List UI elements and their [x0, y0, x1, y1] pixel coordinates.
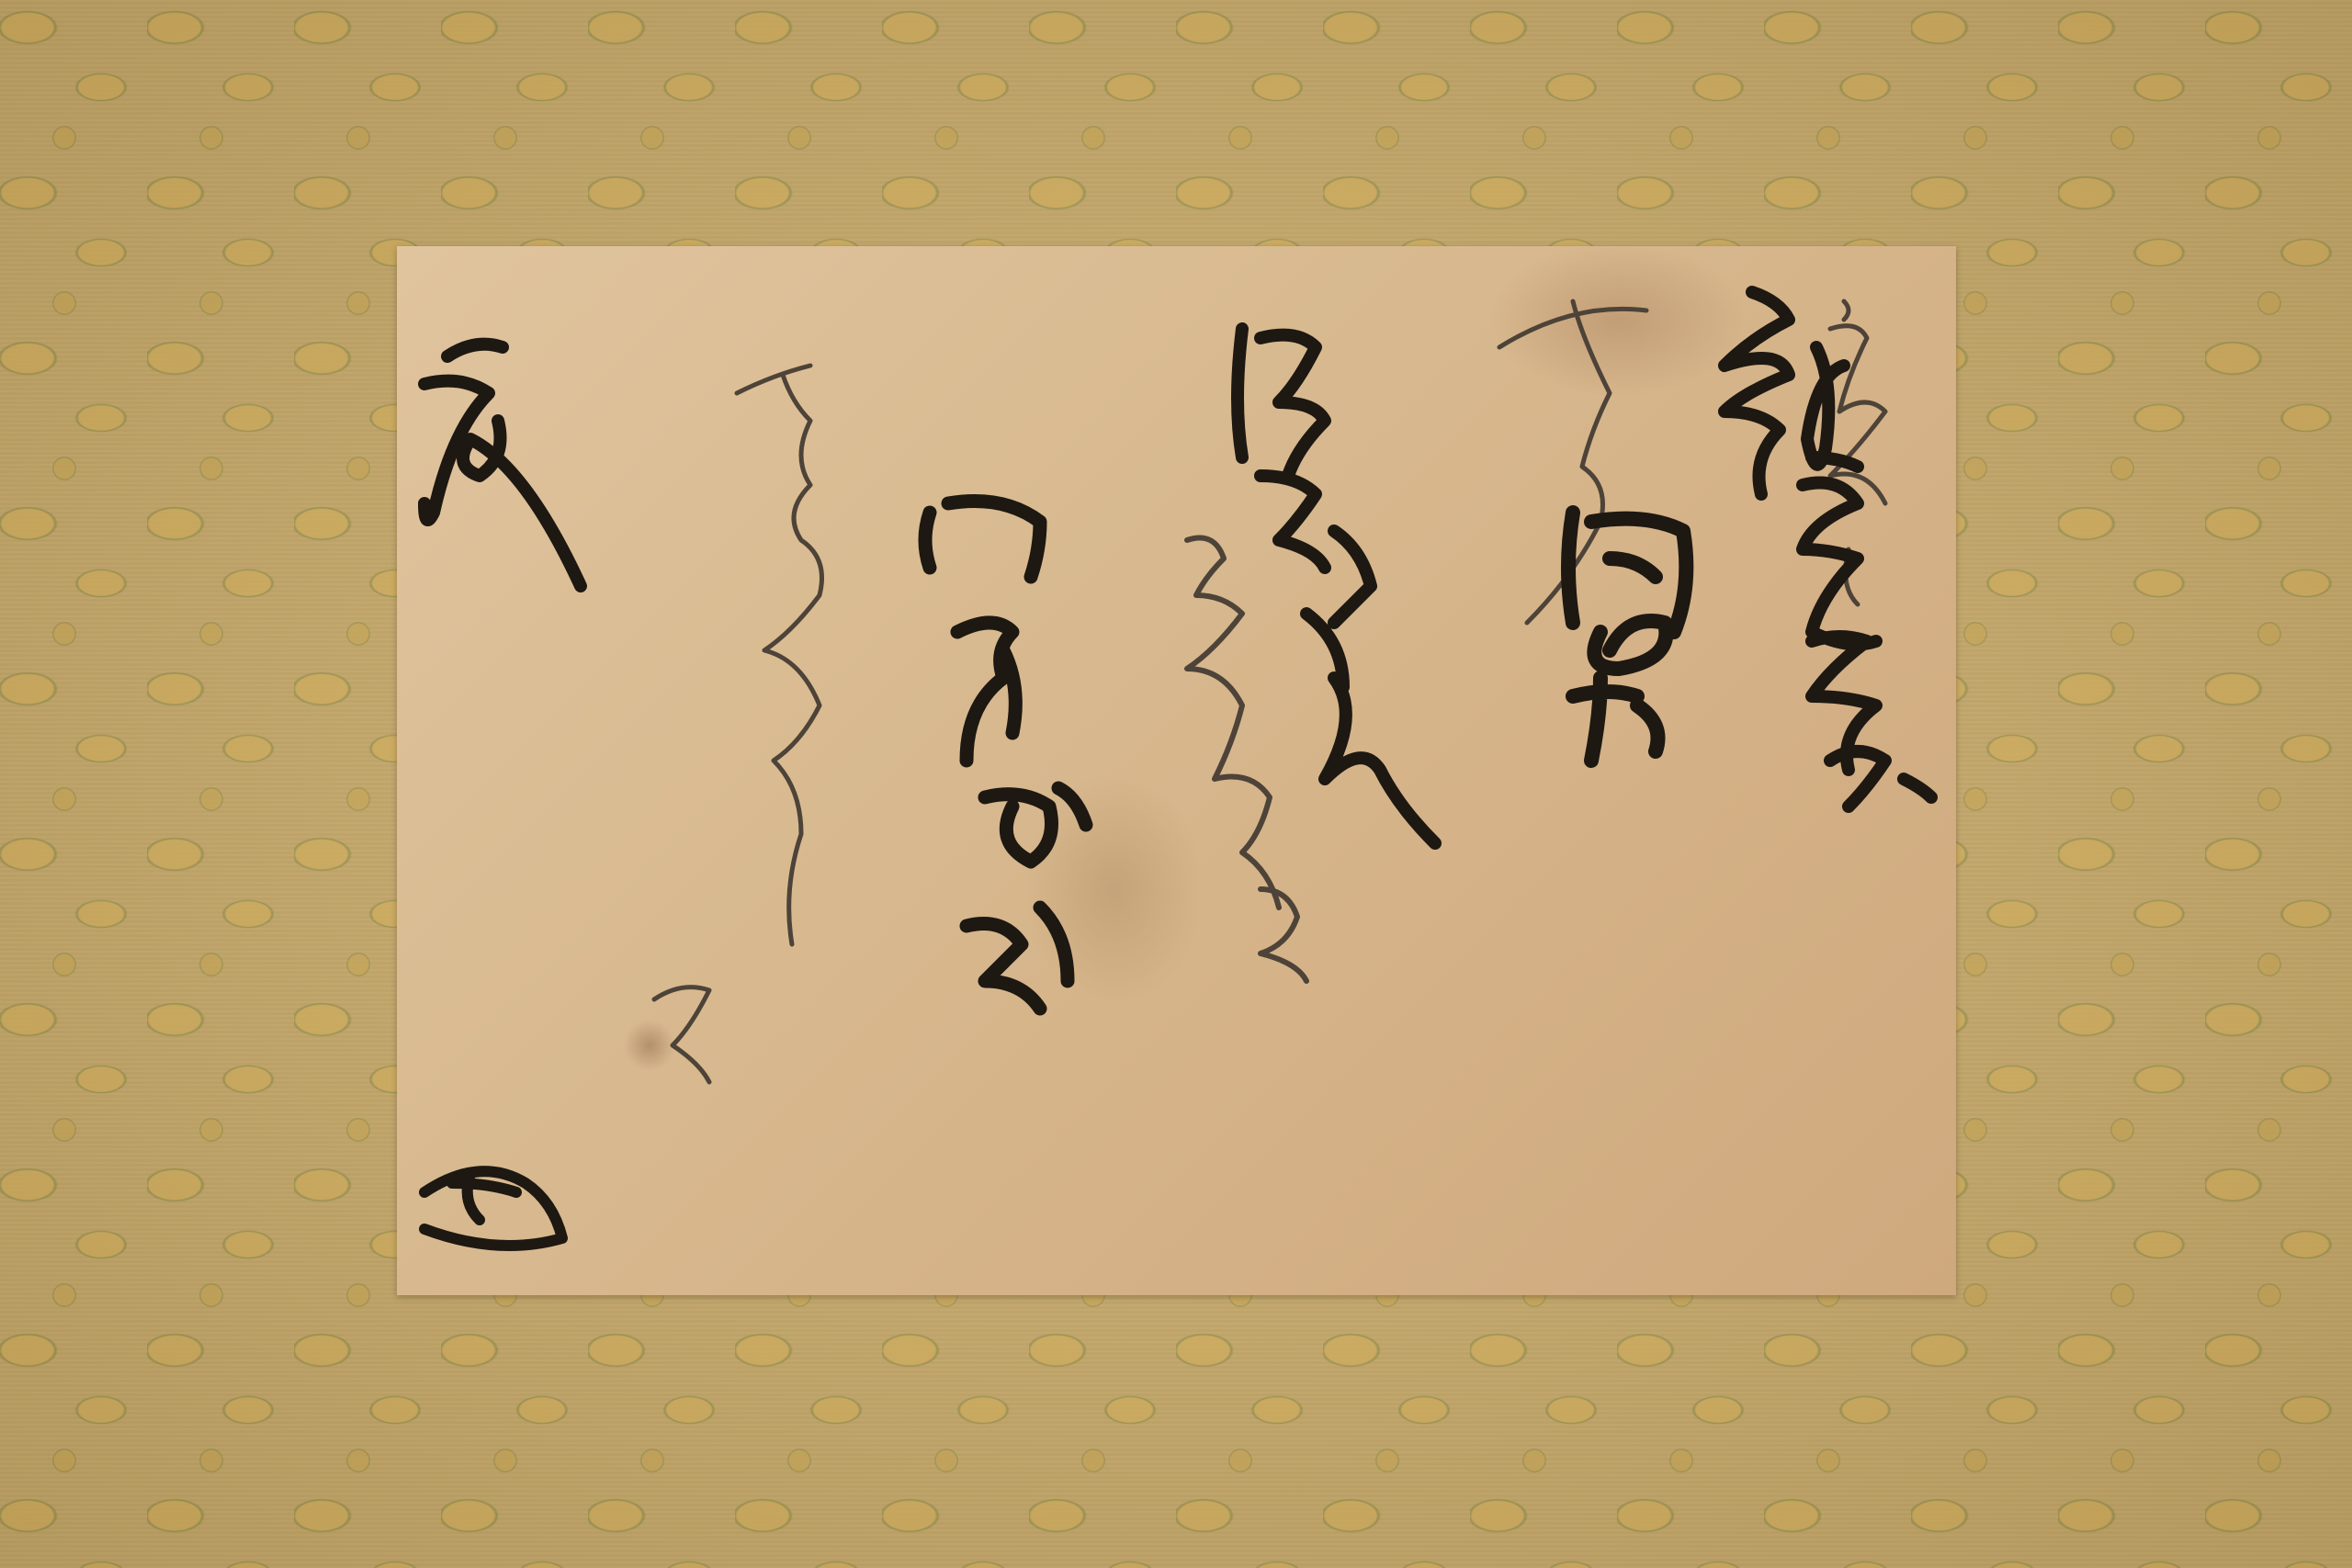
calligraphy-paper	[397, 246, 1956, 1295]
column-5	[1187, 538, 1306, 982]
signature	[424, 344, 581, 586]
column-2	[1724, 292, 1931, 807]
column-7	[654, 366, 822, 1082]
column-6	[925, 502, 1086, 1010]
calligraphy-strokes	[397, 246, 1956, 1295]
seal-mark	[424, 1171, 562, 1246]
column-4	[1238, 329, 1435, 843]
